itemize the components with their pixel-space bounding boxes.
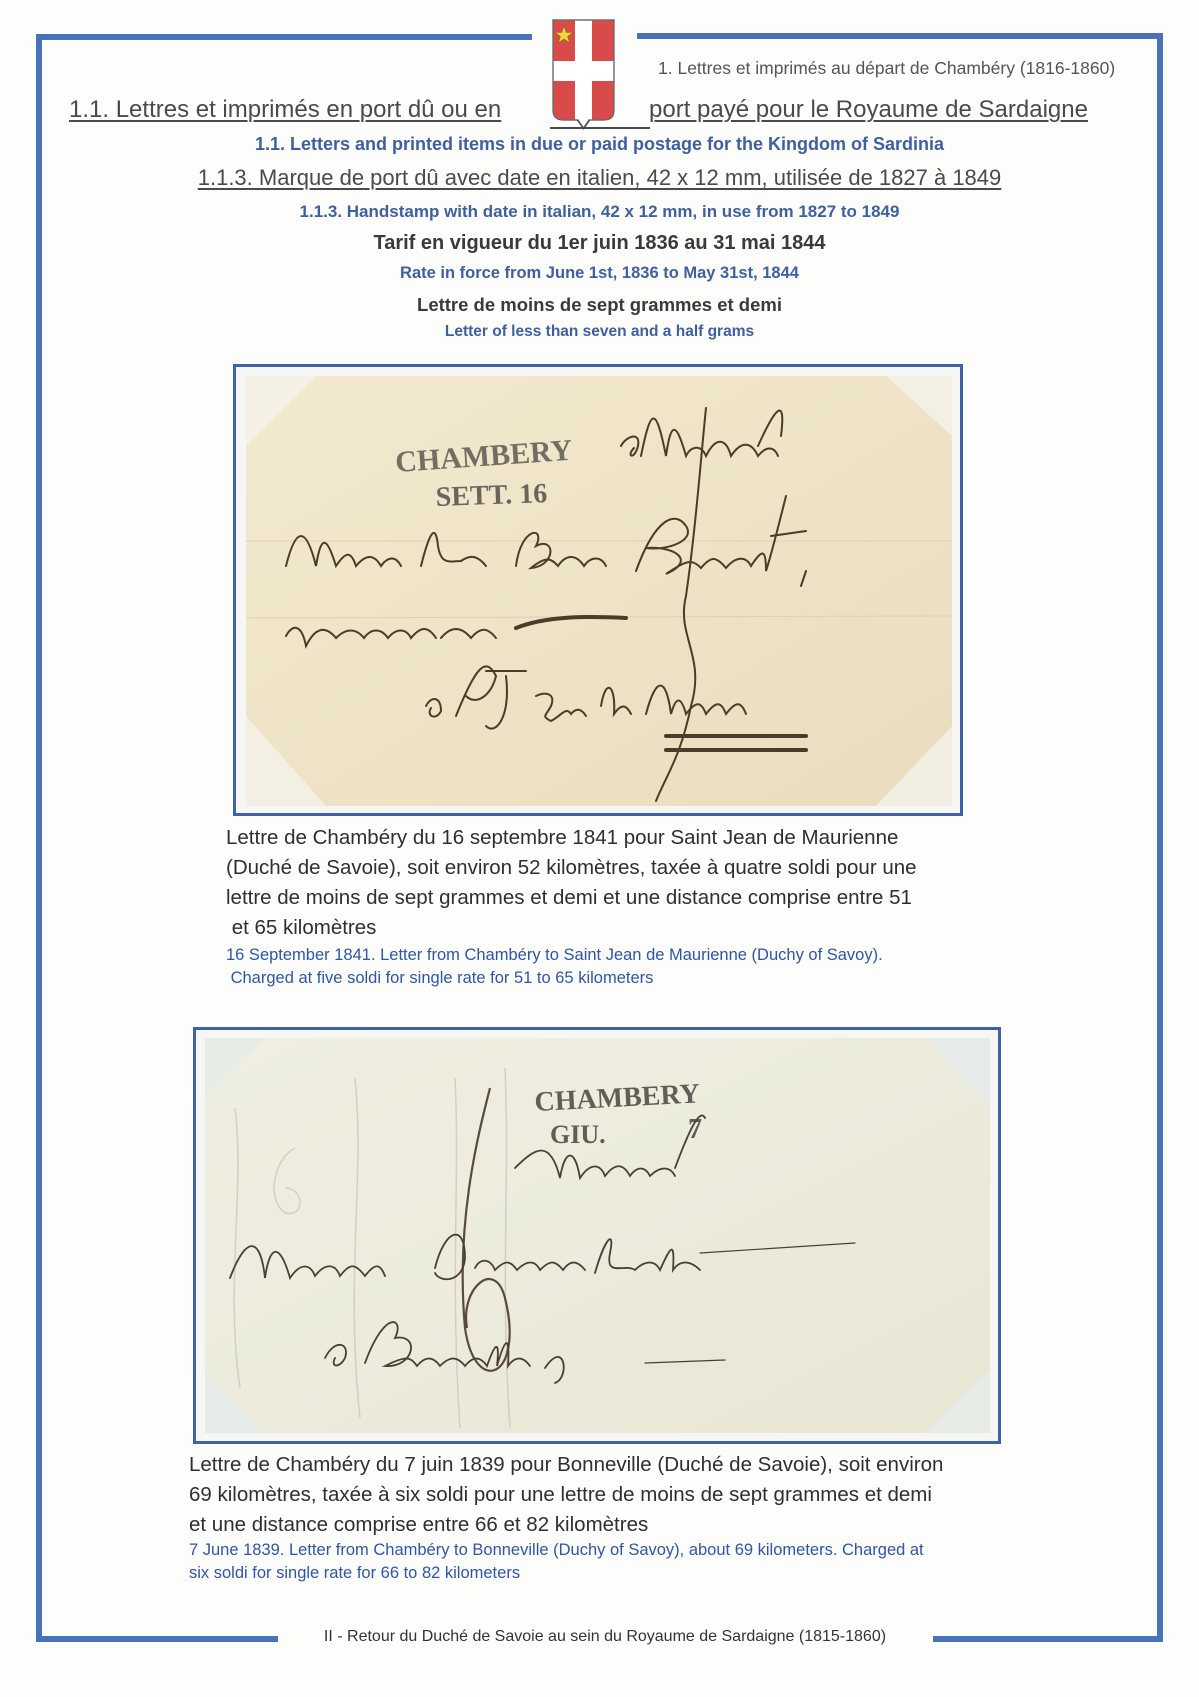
rate-title-fr: Tarif en vigueur du 1er juin 1836 au 31 … <box>0 232 1199 255</box>
letter-2-caption-en: 7 June 1839. Letter from Chambéry to Bon… <box>189 1539 924 1585</box>
section-title-en: 1.1. Letters and printed items in due or… <box>0 134 1199 155</box>
frame-top-right <box>637 33 1163 39</box>
frame-top-left <box>38 34 532 40</box>
rate-title-en: Rate in force from June 1st, 1836 to May… <box>0 264 1199 283</box>
section-title-fr-part1: 1.1. Lettres et imprimés en port dû ou e… <box>69 96 501 124</box>
series-title: 1. Lettres et imprimés au départ de Cham… <box>658 58 1115 79</box>
svg-text:GIU.: GIU. <box>550 1120 606 1149</box>
subsection-title-en: 1.1.3. Handstamp with date in italian, 4… <box>0 202 1199 222</box>
subsection-title-fr: 1.1.3. Marque de port dû avec date en it… <box>0 165 1199 191</box>
title-underline-bridge <box>550 127 650 129</box>
letter-2-image: CHAMBERY GIU. 7 <box>205 1038 990 1433</box>
footer-text: II - Retour du Duché de Savoie au sein d… <box>280 1628 930 1646</box>
letter-1-image: CHAMBERY SETT. 16 <box>246 376 952 806</box>
letter-2-caption-fr: Lettre de Chambéry du 7 juin 1839 pour B… <box>189 1450 943 1540</box>
weight-title-fr: Lettre de moins de sept grammes et demi <box>0 294 1199 316</box>
savoy-shield-icon <box>551 18 616 133</box>
letter-1-caption-fr: Lettre de Chambéry du 16 septembre 1841 … <box>226 823 917 943</box>
frame-bottom-right <box>933 1636 1163 1642</box>
svg-text:SETT. 16: SETT. 16 <box>435 478 548 513</box>
frame-bottom-left <box>36 1636 278 1642</box>
letter-1-caption-en: 16 September 1841. Letter from Chambéry … <box>226 944 883 990</box>
weight-title-en: Letter of less than seven and a half gra… <box>0 323 1199 341</box>
section-title-fr-part2: port payé pour le Royaume de Sardaigne <box>649 96 1088 124</box>
